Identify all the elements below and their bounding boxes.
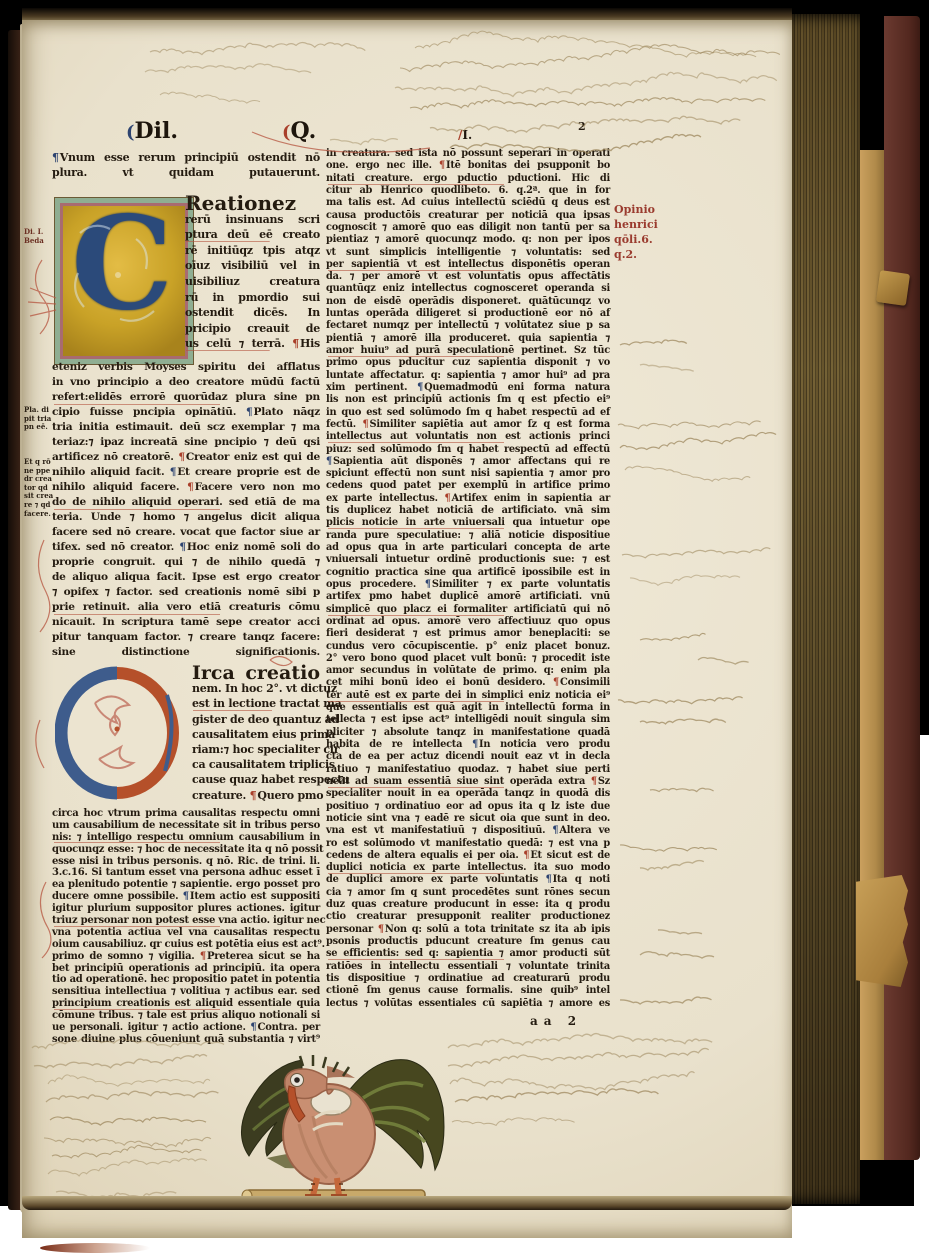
book-bottom-edge bbox=[22, 1196, 792, 1210]
text-line: lis non est principiū actionis ſm q est … bbox=[326, 394, 610, 406]
text-line: teria. Unde ⁊ homo ⁊ angelus dicit aliqu… bbox=[52, 510, 320, 525]
text-line: oium causabiliuz. qr cuius est potētia e… bbox=[52, 939, 320, 951]
text-line: specialiter nouit in ea operāda tanqz in… bbox=[326, 788, 610, 800]
text-line: ostendit dicēs. In bbox=[185, 305, 320, 321]
handwritten-annotation-scribble bbox=[450, 1072, 695, 1090]
text-line: plura. vt quidam putauerunt. bbox=[52, 165, 320, 180]
text-line: tifex. sed nō creator. ¶Hoc eniz nomē so… bbox=[52, 540, 320, 555]
handwritten-annotation-scribble bbox=[160, 92, 260, 103]
handwritten-annotation-scribble bbox=[620, 997, 712, 1004]
text-line: tis dispositiue ⁊ ordinatiue ad creatura… bbox=[326, 973, 610, 985]
stain-mark bbox=[40, 1243, 150, 1253]
handwritten-annotation-scribble bbox=[640, 952, 714, 958]
text-line: plicis noticie in arte vniuersali qua in… bbox=[326, 517, 610, 529]
bird-legs bbox=[313, 1178, 339, 1196]
text-line: cedens de altera equalis ei per oia. ¶Et… bbox=[326, 850, 610, 862]
text-line: primo opus pducitur cuz sapientia dispon… bbox=[326, 357, 610, 369]
text-line: ter autē est ex parte dei in simplici en… bbox=[326, 690, 610, 702]
text-line: ex parte intellectus. ¶Artifex enim in s… bbox=[326, 493, 610, 505]
text-line: ordinat ad opus. amorē vero affectiuuz q… bbox=[326, 616, 610, 628]
text-line: cet mihi bonū ideo ei bonū desidero. ¶Co… bbox=[326, 677, 610, 689]
margin-note-opinio-henrici: Opiniohenriciqōli.6.q.2. bbox=[614, 202, 674, 262]
text-line: se efficientis: sed q: sapientia ⁊ amor … bbox=[326, 948, 610, 960]
quire-signature: aa 2 bbox=[530, 1014, 582, 1028]
text-line: xim pertinent. ¶Quemadmodū eni forma nat… bbox=[326, 382, 610, 394]
text-line: per sapientiā vt est intellectus disponē… bbox=[326, 259, 610, 271]
handwritten-annotation-scribble bbox=[150, 43, 365, 55]
text-line: vt sunt simplicis intelligentie ⁊ volunt… bbox=[326, 247, 610, 259]
text-line: pn eē. bbox=[24, 423, 64, 432]
handwritten-annotation-scribble bbox=[395, 72, 777, 96]
running-title-left: (Dil. bbox=[126, 118, 178, 144]
text-line: cipio fuisse pncipia opinātiū. ¶Plato nā… bbox=[52, 405, 320, 420]
text-line: in vno principio a deo creatore mūdū fac… bbox=[52, 375, 320, 390]
handwritten-annotation-scribble bbox=[640, 633, 706, 640]
text-line: um causabilium de necessitate sit in tri… bbox=[52, 820, 320, 832]
text-line: ducere omne possibile. ¶Item actio est s… bbox=[52, 891, 320, 903]
handwritten-annotation-scribble bbox=[400, 44, 780, 71]
text-line: rū in pmordio sui bbox=[185, 290, 320, 306]
text-line: causalitatem eius prima bbox=[192, 727, 320, 742]
text-line: cundus vero cōcupiscentie. p° eniz place… bbox=[326, 641, 610, 653]
text-line: cognoscit ⁊ amorē quo eas diligit non ta… bbox=[326, 222, 610, 234]
clasp-remnant bbox=[876, 270, 910, 306]
running-title-center: (Q. bbox=[282, 118, 316, 144]
handwritten-annotation-scribble bbox=[415, 31, 756, 57]
text-line: oīuz visibiliū vel in bbox=[185, 258, 320, 274]
text-line: citur ab Henrico quodlibeto. 6. q.2ª. qu… bbox=[326, 185, 610, 197]
text-line: pliciter ⁊ absolute tanqz in manifestati… bbox=[326, 727, 610, 739]
text-line: ad opus qua in arte particulari concepta… bbox=[326, 542, 610, 554]
text-line: tis duplicez habet noticiā de artificiat… bbox=[326, 505, 610, 517]
manuscript-page: (Dil. (Q. /I. 2 ¶Vnum esse rerum princip… bbox=[22, 20, 792, 1238]
text-line: da. ⁊ per amorē vt est voluntatis opus a… bbox=[326, 271, 610, 283]
text-line: pientiaz ⁊ amorē quocunqz modo. q: non p… bbox=[326, 234, 610, 246]
text-line: opus procedere. ¶Similiter ⁊ ex parte vo… bbox=[326, 579, 610, 591]
text-line: neāt ad suam essentiā siue sint operāda … bbox=[326, 776, 610, 788]
breast-patch bbox=[311, 1089, 351, 1115]
text-line: sine distinctione significationis. bbox=[52, 645, 320, 660]
text-line: personar ¶Non q: solū a tota trinitate s… bbox=[326, 924, 610, 936]
header-paraph-blue: ( bbox=[126, 122, 135, 143]
handwritten-annotation-scribble bbox=[622, 548, 770, 558]
right-wing bbox=[347, 1060, 444, 1170]
text-line: ratiuo ⁊ manifestatiuo quodaz. ⁊ habet s… bbox=[326, 764, 610, 776]
illuminated-initial-C: C bbox=[55, 198, 193, 364]
handwritten-annotation-scribble bbox=[640, 719, 726, 724]
handwritten-annotation-scribble bbox=[618, 421, 761, 429]
text-line: uisibiliuz creatura bbox=[185, 274, 320, 290]
red-pen-flourish bbox=[36, 720, 44, 768]
handwritten-annotation-scribble bbox=[52, 1145, 201, 1158]
leather-patch-tab bbox=[856, 875, 908, 987]
text-line: cause quaz habet respectu bbox=[192, 772, 320, 787]
handwritten-annotation-scribble bbox=[640, 364, 694, 371]
text-line: nitati creature. ergo pductio pductioni.… bbox=[326, 173, 610, 185]
handwritten-annotation-scribble bbox=[620, 432, 776, 449]
text-line: rē initiūqz tpis atqz bbox=[185, 243, 320, 259]
text-line: causa productōis creaturar per noticiā q… bbox=[326, 210, 610, 222]
handwritten-annotation-scribble bbox=[330, 139, 398, 145]
folio-number: 2 bbox=[578, 120, 586, 133]
text-line: cia ⁊ amor ſm q sunt procedētes sunt rōn… bbox=[326, 887, 610, 899]
column1-section2-full-text: circa hoc vtrum prima causalitas respect… bbox=[52, 808, 320, 1046]
text-line: nem. In hoc 2°. vt dictuz bbox=[192, 681, 320, 696]
red-pen-flourish bbox=[40, 882, 50, 958]
handwritten-annotation-scribble bbox=[410, 98, 765, 110]
incipit-lines: ¶Vnum esse rerum principiū ostendit nōpl… bbox=[52, 150, 320, 180]
text-line: fieri desiderat ⁊ est primus amor benepl… bbox=[326, 628, 610, 640]
text-line: ro est solūmodo vt manifestatio quedā: ⁊… bbox=[326, 838, 610, 850]
handwritten-annotation-scribble bbox=[658, 930, 702, 934]
bird-head bbox=[285, 1069, 333, 1099]
handwritten-annotation-scribble bbox=[452, 1118, 575, 1126]
text-line: vniuersali intuetur ordinē productionis … bbox=[326, 554, 610, 566]
bird-body bbox=[283, 1084, 375, 1184]
handwritten-annotation-scribble bbox=[650, 788, 714, 791]
text-line: refert:elidēs errorē quorūdaz plura sine… bbox=[52, 390, 320, 405]
handwritten-annotation-scribble bbox=[46, 1091, 218, 1102]
text-line: de aliquo aliqua facit. Ipse est ergo cr… bbox=[52, 570, 320, 585]
sidenote-plato: Pla. dipit triapn eē. bbox=[24, 406, 64, 432]
text-line: teriaz:⁊ ipaz increatā sine pncipio ⁊ de… bbox=[52, 435, 320, 450]
text-line: bet principiū operationis ad principiū. … bbox=[52, 963, 320, 975]
text-line: Reationez bbox=[185, 196, 320, 212]
text-line: fectū. ¶Similiter sapiētia aut amor ſz q… bbox=[326, 419, 610, 431]
text-line: amor secundus in volūtate de primo. q: e… bbox=[326, 665, 610, 677]
text-line: vna potentia actiua vel vna causalitas r… bbox=[52, 927, 320, 939]
text-line: amor huiu⁹ ad purā speculationē pertinet… bbox=[326, 345, 610, 357]
text-line: cōmune tribus. ⁊ tale est prius aliquo n… bbox=[52, 1010, 320, 1022]
crest-feathers bbox=[300, 1055, 349, 1076]
text-line: intellectus aut voluntatis non est actio… bbox=[326, 431, 610, 443]
penwork-initial-C bbox=[55, 663, 185, 803]
sidenote-di-beda: Di. I.Beda bbox=[24, 228, 64, 245]
running-title-left-text: Dil. bbox=[135, 118, 178, 144]
red-pen-flourish bbox=[28, 260, 56, 334]
text-line: ca causalitatem triplicis bbox=[192, 757, 320, 772]
text-line: cta de ea per actuz dicendi nouit eaz vt… bbox=[326, 751, 610, 763]
photo-stage: (Dil. (Q. /I. 2 ¶Vnum esse rerum princip… bbox=[0, 0, 929, 1260]
text-line: Irca creatio bbox=[192, 666, 320, 681]
text-line: simplicē quo placz ei formaliter artific… bbox=[326, 604, 610, 616]
handwritten-annotation-scribble bbox=[448, 1048, 709, 1067]
text-line: principium creationis est aliquid essent… bbox=[52, 998, 320, 1010]
text-line: Opinio bbox=[614, 202, 674, 217]
text-line: henrici bbox=[614, 217, 674, 232]
text-line: tellecta ⁊ est ipse act⁹ intelligēdi nou… bbox=[326, 714, 610, 726]
text-line: qōli.6. bbox=[614, 232, 674, 247]
handwritten-annotation-scribble bbox=[640, 861, 704, 871]
handwritten-annotation-scribble bbox=[34, 1055, 207, 1068]
text-line: luntate affectatur. q: sapientia ⁊ amor … bbox=[326, 370, 610, 382]
text-line: 3.c.16. Si tantum esset vna persona adhu… bbox=[52, 867, 320, 879]
red-pen-flourish bbox=[38, 540, 49, 632]
text-line: nihilo aliquid facere. ¶Facere vero non … bbox=[52, 480, 320, 495]
handwritten-annotation-scribble bbox=[630, 575, 740, 585]
text-line: ea plenitudo potentie ⁊ sapientie. ergo … bbox=[52, 879, 320, 891]
text-line: non de eisdē operādis disponeret. quātūc… bbox=[326, 296, 610, 308]
penwork-initial-drawing bbox=[55, 663, 185, 803]
text-line: in quo est sed solūmodo ſm q habet respe… bbox=[326, 407, 610, 419]
text-line: luntas operāda diligeret si productionē … bbox=[326, 308, 610, 320]
text-line: ma talis est. Ad cuius intellectū sciēdū… bbox=[326, 197, 610, 209]
text-line: igitur plurium suppositor plures actione… bbox=[52, 903, 320, 915]
text-line: noticie sint vna ⁊ eadē re sicut oia que… bbox=[326, 813, 610, 825]
text-line: ⁊ opifex ⁊ factor. sed creationis nomē s… bbox=[52, 585, 320, 600]
text-line: cognitio practica sine qua artificē ipos… bbox=[326, 567, 610, 579]
text-line: facere. bbox=[24, 510, 64, 519]
text-line: randa pure speculatiue: ⁊ aliā noticie d… bbox=[326, 530, 610, 542]
text-line: pientiā ⁊ amorē illa produceret. quia sa… bbox=[326, 333, 610, 345]
handwritten-annotation-scribble bbox=[625, 466, 750, 481]
bird-eye bbox=[291, 1074, 304, 1087]
text-line: duz quas creature producunt in esse: ita… bbox=[326, 899, 610, 911]
text-line: prie retinuit. alia vero etiā creaturis … bbox=[52, 600, 320, 615]
section-numeral-text: I. bbox=[462, 128, 472, 142]
text-line: quocunqz esse: ⁊ hoc de necessitate ita … bbox=[52, 844, 320, 856]
section-numeral: /I. bbox=[458, 128, 472, 142]
text-line: habita de re intellecta ¶In noticia vero… bbox=[326, 739, 610, 751]
sidenote-creator: Et q rōne ppedr creator qdsit creare ⁊ q… bbox=[24, 458, 64, 518]
text-line: vna est vt manifestatiuū ⁊ dispositiuū. … bbox=[326, 825, 610, 837]
text-line: ctionē ſm genus cause formalis. sine qui… bbox=[326, 985, 610, 997]
column2-text: in creatura. sed ista nō possunt seperar… bbox=[326, 148, 610, 1010]
text-line: rerū insinuans scri bbox=[185, 212, 320, 228]
text-line: ue personali. igitur ⁊ actio actione. ¶C… bbox=[52, 1022, 320, 1034]
text-line: q.2. bbox=[614, 247, 674, 262]
text-line: psonis productis pducunt creature ſm gen… bbox=[326, 936, 610, 948]
text-line: triuz personar non potest esse vna actio… bbox=[52, 915, 320, 927]
column1-section2-wrapped-text: Irca creationem. In hoc 2°. vt dictuzest… bbox=[192, 666, 320, 803]
text-line: fectaret numqz per intellectū ⁊ volūtate… bbox=[326, 320, 610, 332]
text-line: cedens quod patet per exemplū in artific… bbox=[326, 480, 610, 492]
handwritten-annotation-scribble bbox=[618, 697, 743, 704]
text-line: gister de deo quantuz ad bbox=[192, 712, 320, 727]
handwritten-annotation-scribble bbox=[620, 340, 687, 345]
text-line: pricipio creauit de bbox=[185, 321, 320, 337]
handwritten-annotation-scribble bbox=[48, 1075, 210, 1086]
handwritten-annotation-scribble bbox=[455, 1089, 658, 1102]
handwritten-annotation-scribble bbox=[44, 1137, 211, 1147]
handwritten-annotation-scribble bbox=[50, 1117, 206, 1125]
text-line: ratiōes in intellectu essentiali ⁊ volun… bbox=[326, 961, 610, 973]
text-line: creature. ¶Quero pmo bbox=[192, 788, 320, 803]
text-line: ctio creaturar presupponit realiter prod… bbox=[326, 911, 610, 923]
text-line: tio ad operationē. hec propositio patet … bbox=[52, 974, 320, 986]
text-line: ¶Sapientia aūt disponēs ⁊ amor affectans… bbox=[326, 456, 610, 468]
column1-wrapped-text: Reationezrerū insinuans scriptura deū eē… bbox=[185, 196, 320, 352]
text-line: duplici noticia ex parte intellectus. it… bbox=[326, 862, 610, 874]
text-line: ptura deū eē creato bbox=[185, 227, 320, 243]
text-line: us celū ⁊ terrā. ¶His bbox=[185, 336, 320, 352]
text-line: esse nisi in tribus personis. q nō. Ric.… bbox=[52, 856, 320, 868]
text-line: quantūqz eniz intellectus cognosceret op… bbox=[326, 283, 610, 295]
text-line: primo de somno ⁊ vigilia. ¶Preterea sicu… bbox=[52, 951, 320, 963]
handwritten-annotation-scribble bbox=[620, 845, 717, 851]
text-line: do de nihilo aliquid operari. sed etiā d… bbox=[52, 495, 320, 510]
text-line: que essentialis est quā agit in intellec… bbox=[326, 702, 610, 714]
text-line: lectus ⁊ volūtas essentiales cū sapiētia… bbox=[326, 998, 610, 1010]
text-line: artifex pmo habet duplicē amorē artifici… bbox=[326, 591, 610, 603]
header-paraph-red: ( bbox=[282, 122, 291, 143]
text-line: eteniz verbis Moyses spiritu dei afflatu… bbox=[52, 360, 320, 375]
text-line: nihilo aliquid facit. ¶Et creare proprie… bbox=[52, 465, 320, 480]
text-line: nis: ⁊ intelligo respectu omnium causabi… bbox=[52, 832, 320, 844]
text-line: tria initia estimauit. deū scz exemplar … bbox=[52, 420, 320, 435]
text-line: Beda bbox=[24, 237, 64, 246]
text-line: piuz: sed solūmodo ſm q habet respectū a… bbox=[326, 444, 610, 456]
right-cover-leather bbox=[884, 16, 920, 1160]
text-line: ¶Vnum esse rerum principiū ostendit nō bbox=[52, 150, 320, 165]
text-line: positiuo ⁊ ordinatiuo eor ad opus ita q … bbox=[326, 801, 610, 813]
text-line: facere sed nō creare. vocat que factor s… bbox=[52, 525, 320, 540]
text-line: de duplici amore ex parte voluntatis ¶It… bbox=[326, 874, 610, 886]
text-line: proprie congruit. qui ⁊ de nihilo quedā … bbox=[52, 555, 320, 570]
fore-edge-page-block bbox=[792, 14, 860, 1204]
text-line: nicauit. In scriptura tamē sepe creator … bbox=[52, 615, 320, 630]
text-line: 2° vero bono quod placet vult bonū: ⁊ pr… bbox=[326, 653, 610, 665]
handwritten-annotation-scribble bbox=[698, 658, 749, 665]
column1-full-text: eteniz verbis Moyses spiritu dei afflatu… bbox=[52, 360, 320, 660]
text-line: in creatura. sed ista nō possunt seperar… bbox=[326, 148, 610, 160]
text-line: sensitiua intellectiua ⁊ volitiua ⁊ acti… bbox=[52, 986, 320, 998]
handwritten-annotation-scribble bbox=[48, 1158, 207, 1176]
text-line: one. ergo nec ille. ¶Itē bonitas dei psu… bbox=[326, 160, 610, 172]
text-line: artificez nō creatorē. ¶Creator eniz est… bbox=[52, 450, 320, 465]
handwritten-annotation-scribble bbox=[145, 64, 311, 73]
text-line: spiciunt effectū non sunt nisi sapientia… bbox=[326, 468, 610, 480]
bird-beak bbox=[288, 1086, 305, 1122]
text-line: sone diuine plus cōueniunt quā substanti… bbox=[52, 1034, 320, 1046]
text-line: pitur tanquam factor. ⁊ creare tanqz fac… bbox=[52, 630, 320, 645]
text-line: circa hoc vtrum prima causalitas respect… bbox=[52, 808, 320, 820]
handwritten-annotation-scribble bbox=[448, 1034, 712, 1048]
text-line: est in lectione tractat ma bbox=[192, 696, 320, 711]
running-title-center-text: Q. bbox=[291, 118, 317, 144]
left-wing bbox=[241, 1060, 302, 1156]
initial-foliate-overlay bbox=[60, 203, 178, 349]
text-line: riam:⁊ hoc specialiter cir bbox=[192, 742, 320, 757]
